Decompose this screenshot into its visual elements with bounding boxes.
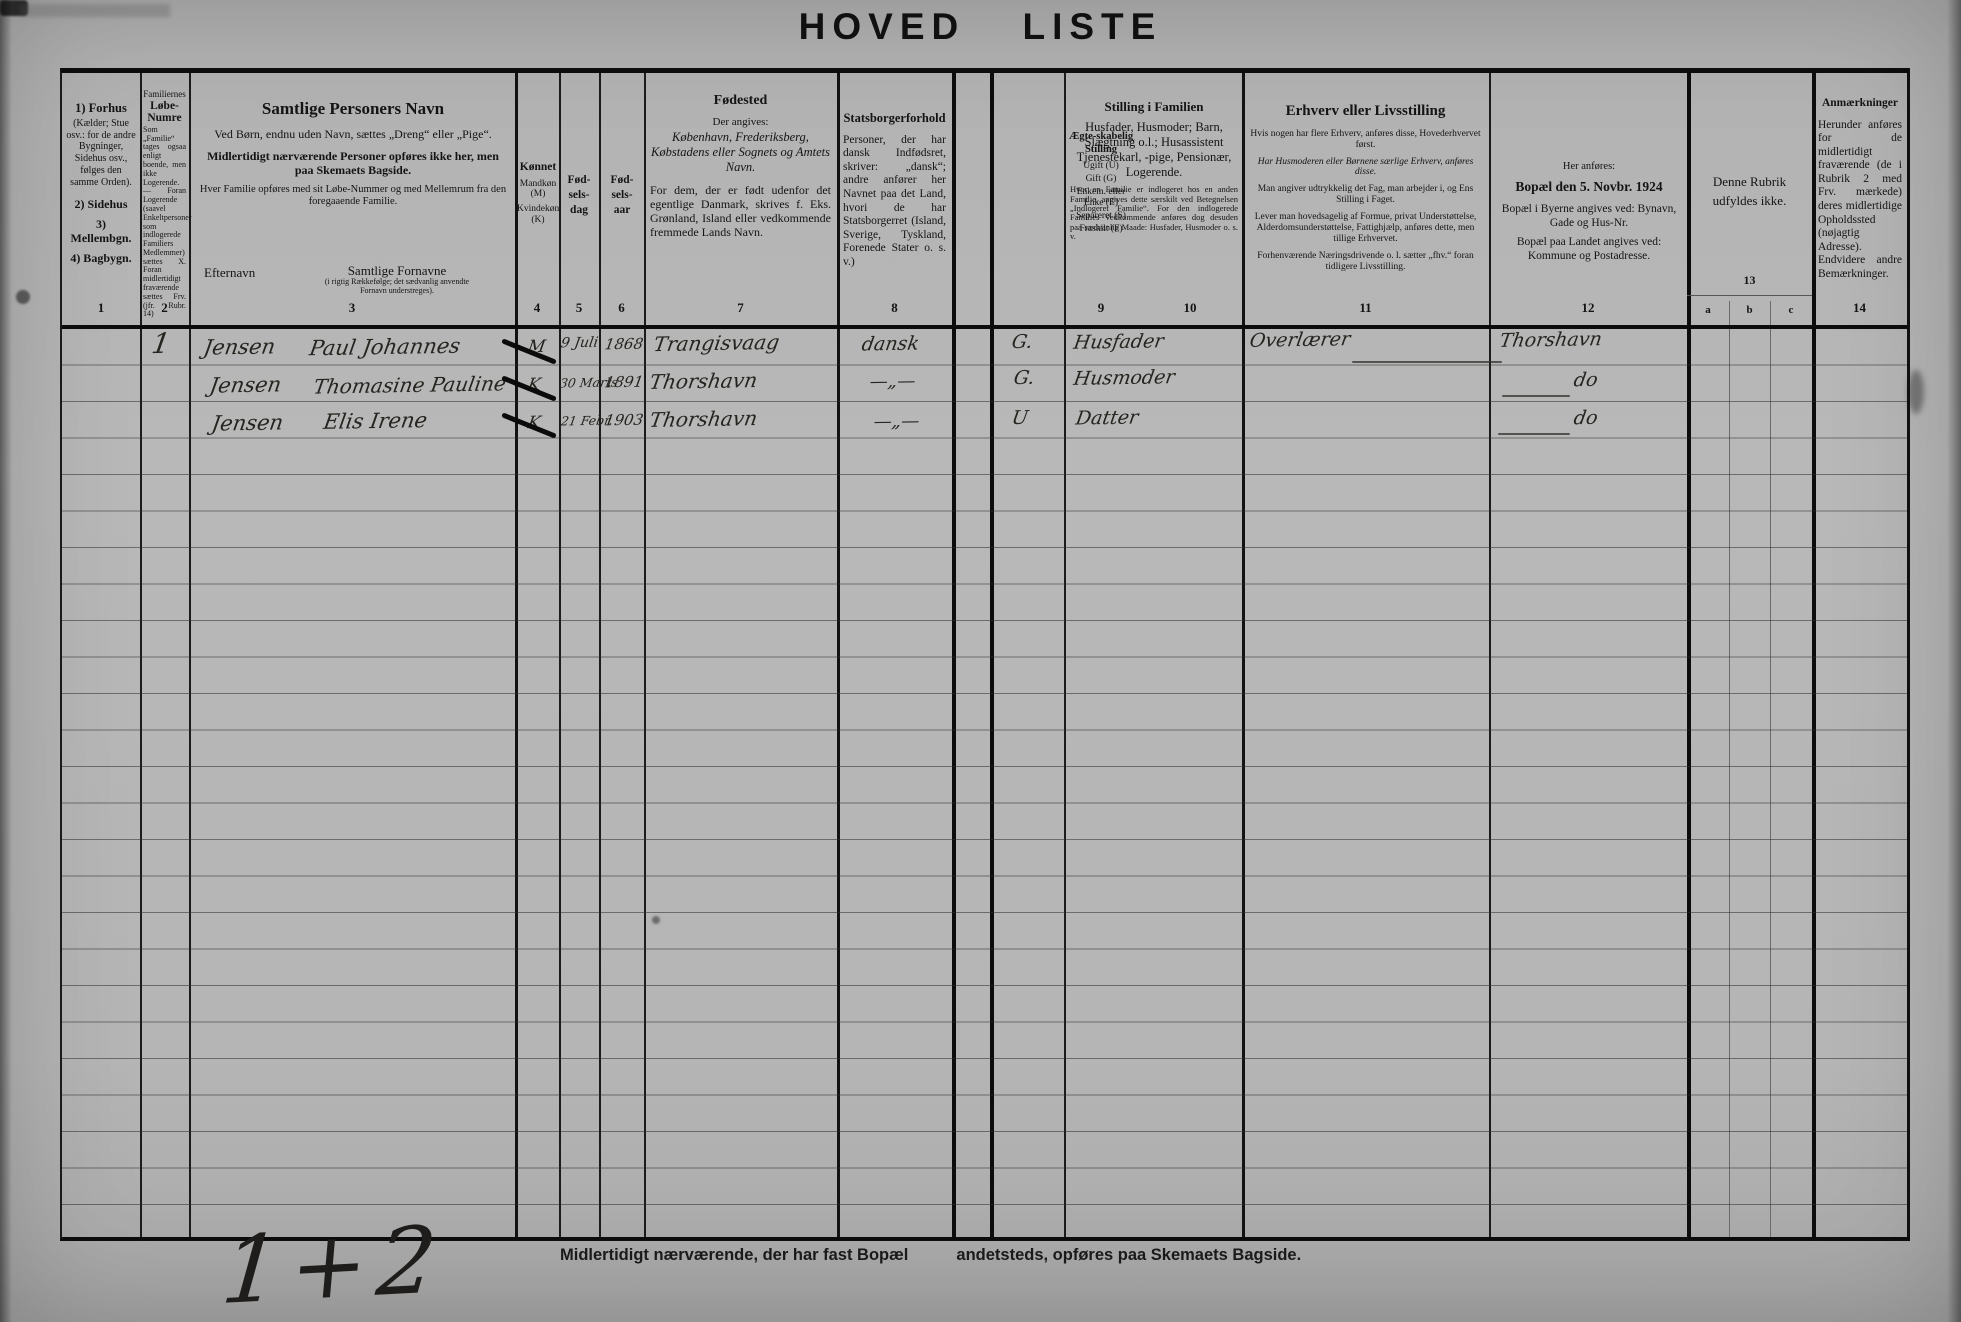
col4-number: 4 — [515, 295, 559, 321]
col7-title: Fødested — [650, 93, 831, 110]
col4-header: Kønnet Mandkøn (M) Kvindekøn (K) — [517, 161, 559, 226]
col1-line: 3) Mellembgn. — [65, 217, 137, 245]
col8-number: 8 — [837, 295, 952, 321]
scan-edge-right — [1947, 0, 1961, 1322]
col13-header: Denne Rubrik udfyldes ikke. — [1695, 173, 1804, 211]
col3-line: Midlertidigt nærværende Personer opføres… — [197, 149, 509, 177]
col3-fornavne-note: (i rigtig Rækkefølge; det sædvanlig anve… — [312, 278, 482, 296]
col11-number: 11 — [1242, 295, 1489, 321]
entry-statsborger: —„— — [872, 411, 921, 433]
col4-line: Kvindekøn (K) — [517, 204, 559, 226]
col2-note: Som „Familie“ tages ogsaa enligt boende,… — [143, 126, 186, 320]
col5-number: 5 — [559, 295, 599, 321]
col14-number: 14 — [1812, 295, 1907, 321]
col6-header: Fød-sels-aar — [604, 173, 640, 218]
col1-line: 4) Bagbygn. — [65, 251, 137, 265]
col1-line: 2) Sidehus — [65, 197, 137, 211]
page-title: HOVED LISTE — [0, 6, 1961, 48]
col10-title: Stilling i Familien — [1070, 99, 1238, 114]
entry-fornavne: Thomasine Pauline — [312, 371, 508, 398]
col2-line: Familiernes — [143, 89, 186, 100]
body-ruled-lines — [62, 329, 1907, 1237]
col1-line: 1) Forhus — [65, 101, 137, 116]
entry-stilling: Husmoder — [1072, 366, 1176, 390]
entry-statsborger: dansk — [860, 333, 921, 356]
entry-fornavne: Elis Irene — [322, 408, 429, 434]
entry-stilling: Husfader — [1072, 330, 1165, 354]
col11-header: Erhverv eller Livsstilling Hvis nogen ha… — [1250, 103, 1481, 273]
entry-bopael: Thorshavn — [1498, 328, 1604, 352]
col13-subheader-line — [1687, 295, 1812, 296]
col1-header: 1) Forhus (Kælder; Stue osv.: for de and… — [65, 101, 137, 265]
col8-header: Statsborgerforhold Personer, der har dan… — [843, 111, 946, 269]
col4-title: Kønnet — [517, 161, 559, 175]
footer-note-left: Midlertidigt nærværende, der har fast Bo… — [560, 1246, 908, 1264]
col13-sub-c: c — [1770, 297, 1812, 323]
col14-line: Herunder anføres for de midlertidigt fra… — [1818, 119, 1902, 282]
col13-sub-a: a — [1687, 297, 1729, 323]
col6-number: 6 — [599, 295, 644, 321]
col14-header: Anmærkninger Herunder anføres for de mid… — [1818, 97, 1902, 281]
pen-line — [1352, 361, 1502, 363]
entry-dag: 9 Juli — [560, 335, 600, 352]
entry-statsborger: —„— — [868, 371, 917, 393]
handwritten-tally: 1+2 — [217, 1206, 450, 1322]
col12-line: Bopæl i Byerne angives ved: Bynavn, Gade… — [1495, 203, 1683, 230]
col1-note: (Kælder; Stue osv.: for de andre Bygning… — [65, 118, 137, 189]
pen-line — [1498, 433, 1570, 435]
entry-aegtestand: G. — [1010, 331, 1034, 353]
col12-pre: Her anføres: — [1495, 161, 1683, 173]
entry-stilling: Datter — [1074, 406, 1140, 429]
scan-smudge-right — [1908, 370, 1924, 414]
footer-note: Midlertidigt nærværende, der har fast Bo… — [560, 1246, 1301, 1265]
col3-line: Hver Familie opføres med sit Løbe-Nummer… — [197, 184, 509, 209]
col8-title: Statsborgerforhold — [843, 111, 946, 126]
col3-number: 3 — [189, 295, 515, 321]
entry-aar: 1891 — [604, 373, 645, 392]
col13-number: 13 — [1687, 269, 1812, 291]
col2-number: 2 — [140, 295, 189, 321]
scan-hole-mark — [16, 290, 30, 304]
census-table: 1) Forhus (Kælder; Stue osv.: for de and… — [60, 68, 1910, 1241]
col11-line: Har Husmoderen eller Børnene særlige Erh… — [1250, 157, 1481, 179]
entry-bopael: do — [1572, 369, 1599, 391]
col13-sub-b: b — [1729, 297, 1770, 323]
col12-line: Bopæl paa Landet angives ved: Kommune og… — [1495, 236, 1683, 263]
col3-line: Ved Børn, endnu uden Navn, sættes „Dreng… — [197, 127, 509, 141]
col10-header-block: Stilling i Familien Husfader, Husmoder; … — [1070, 99, 1238, 241]
footer-note-right: andetsteds, opføres paa Skemaets Bagside… — [956, 1246, 1301, 1264]
entry-efternavn: Jensen — [208, 372, 283, 397]
col10-line: Husfader, Husmoder; Barn, Slægtning o.l.… — [1070, 120, 1238, 179]
entry-aar: 1903 — [604, 411, 645, 430]
entry-fornavne: Paul Johannes — [308, 334, 462, 361]
col7-line: For dem, der er født udenfor det egentli… — [650, 183, 831, 240]
col3-fornavne-label: Samtlige Fornavne — [312, 263, 482, 278]
col3-header: Samtlige Personers Navn Ved Børn, endnu … — [197, 99, 509, 208]
pen-line — [1502, 395, 1570, 397]
col14-title: Anmærkninger — [1818, 97, 1902, 111]
col2-line: Løbe-Numre — [143, 100, 186, 124]
entry-fodested: Trangisvaag — [652, 330, 781, 356]
col5-header: Fød-sels-dag — [562, 173, 596, 218]
entry-efternavn: Jensen — [210, 410, 285, 435]
col11-line: Hvis nogen har flere Erhverv, anføres di… — [1250, 129, 1481, 151]
entry-aar: 1868 — [604, 335, 645, 354]
col11-title: Erhverv eller Livsstilling — [1250, 103, 1481, 121]
entry-aegtestand: G. — [1012, 367, 1036, 389]
col12-title: Bopæl den 5. Novbr. 1924 — [1495, 179, 1683, 195]
col3-title: Samtlige Personers Navn — [197, 99, 509, 119]
entry-bopael: do — [1572, 407, 1599, 429]
col12-number: 12 — [1489, 295, 1687, 321]
scan-edge-left — [0, 0, 12, 1322]
col7-header: Fødested Der angives: København, Frederi… — [650, 93, 831, 239]
col3-subheader-fornavne: Samtlige Fornavne (i rigtig Rækkefølge; … — [312, 263, 482, 296]
col10-number: 10 — [1138, 295, 1242, 321]
entry-efternavn: Jensen — [202, 334, 277, 359]
entry-fodested: Thorshavn — [648, 368, 759, 394]
census-scan-page: HOVED LISTE 1) Forhus (Kælder; Stue osv.… — [0, 0, 1961, 1322]
entry-erhverv: Overlærer — [1248, 328, 1352, 352]
col7-line: København, Frederiksberg, Købstadens ell… — [650, 130, 831, 174]
col11-line: Man angiver udtrykkelig det Fag, man arb… — [1250, 184, 1481, 206]
col11-line: Lever man hovedsagelig af Formue, privat… — [1250, 212, 1481, 245]
col1-number: 1 — [62, 295, 140, 321]
entry-fodested: Thorshavn — [648, 406, 759, 432]
col11-line: Forhenværende Næringsdrivende o. l. sætt… — [1250, 251, 1481, 273]
col12-header: Her anføres: Bopæl den 5. Novbr. 1924 Bo… — [1495, 161, 1683, 264]
col9-number: 9 — [1064, 295, 1138, 321]
col2-header: Familiernes Løbe-Numre Som „Familie“ tag… — [143, 89, 186, 319]
col4-line: Mandkøn (M) — [517, 179, 559, 201]
col7-line: Der angives: — [650, 116, 831, 129]
col3-subheader-efternavn: Efternavn — [204, 265, 255, 281]
col10-note: Hvor en Familie er indlogeret hos en and… — [1070, 185, 1238, 241]
col7-number: 7 — [644, 295, 837, 321]
col8-line: Personer, der har dansk Indfødsret, skri… — [843, 134, 946, 270]
